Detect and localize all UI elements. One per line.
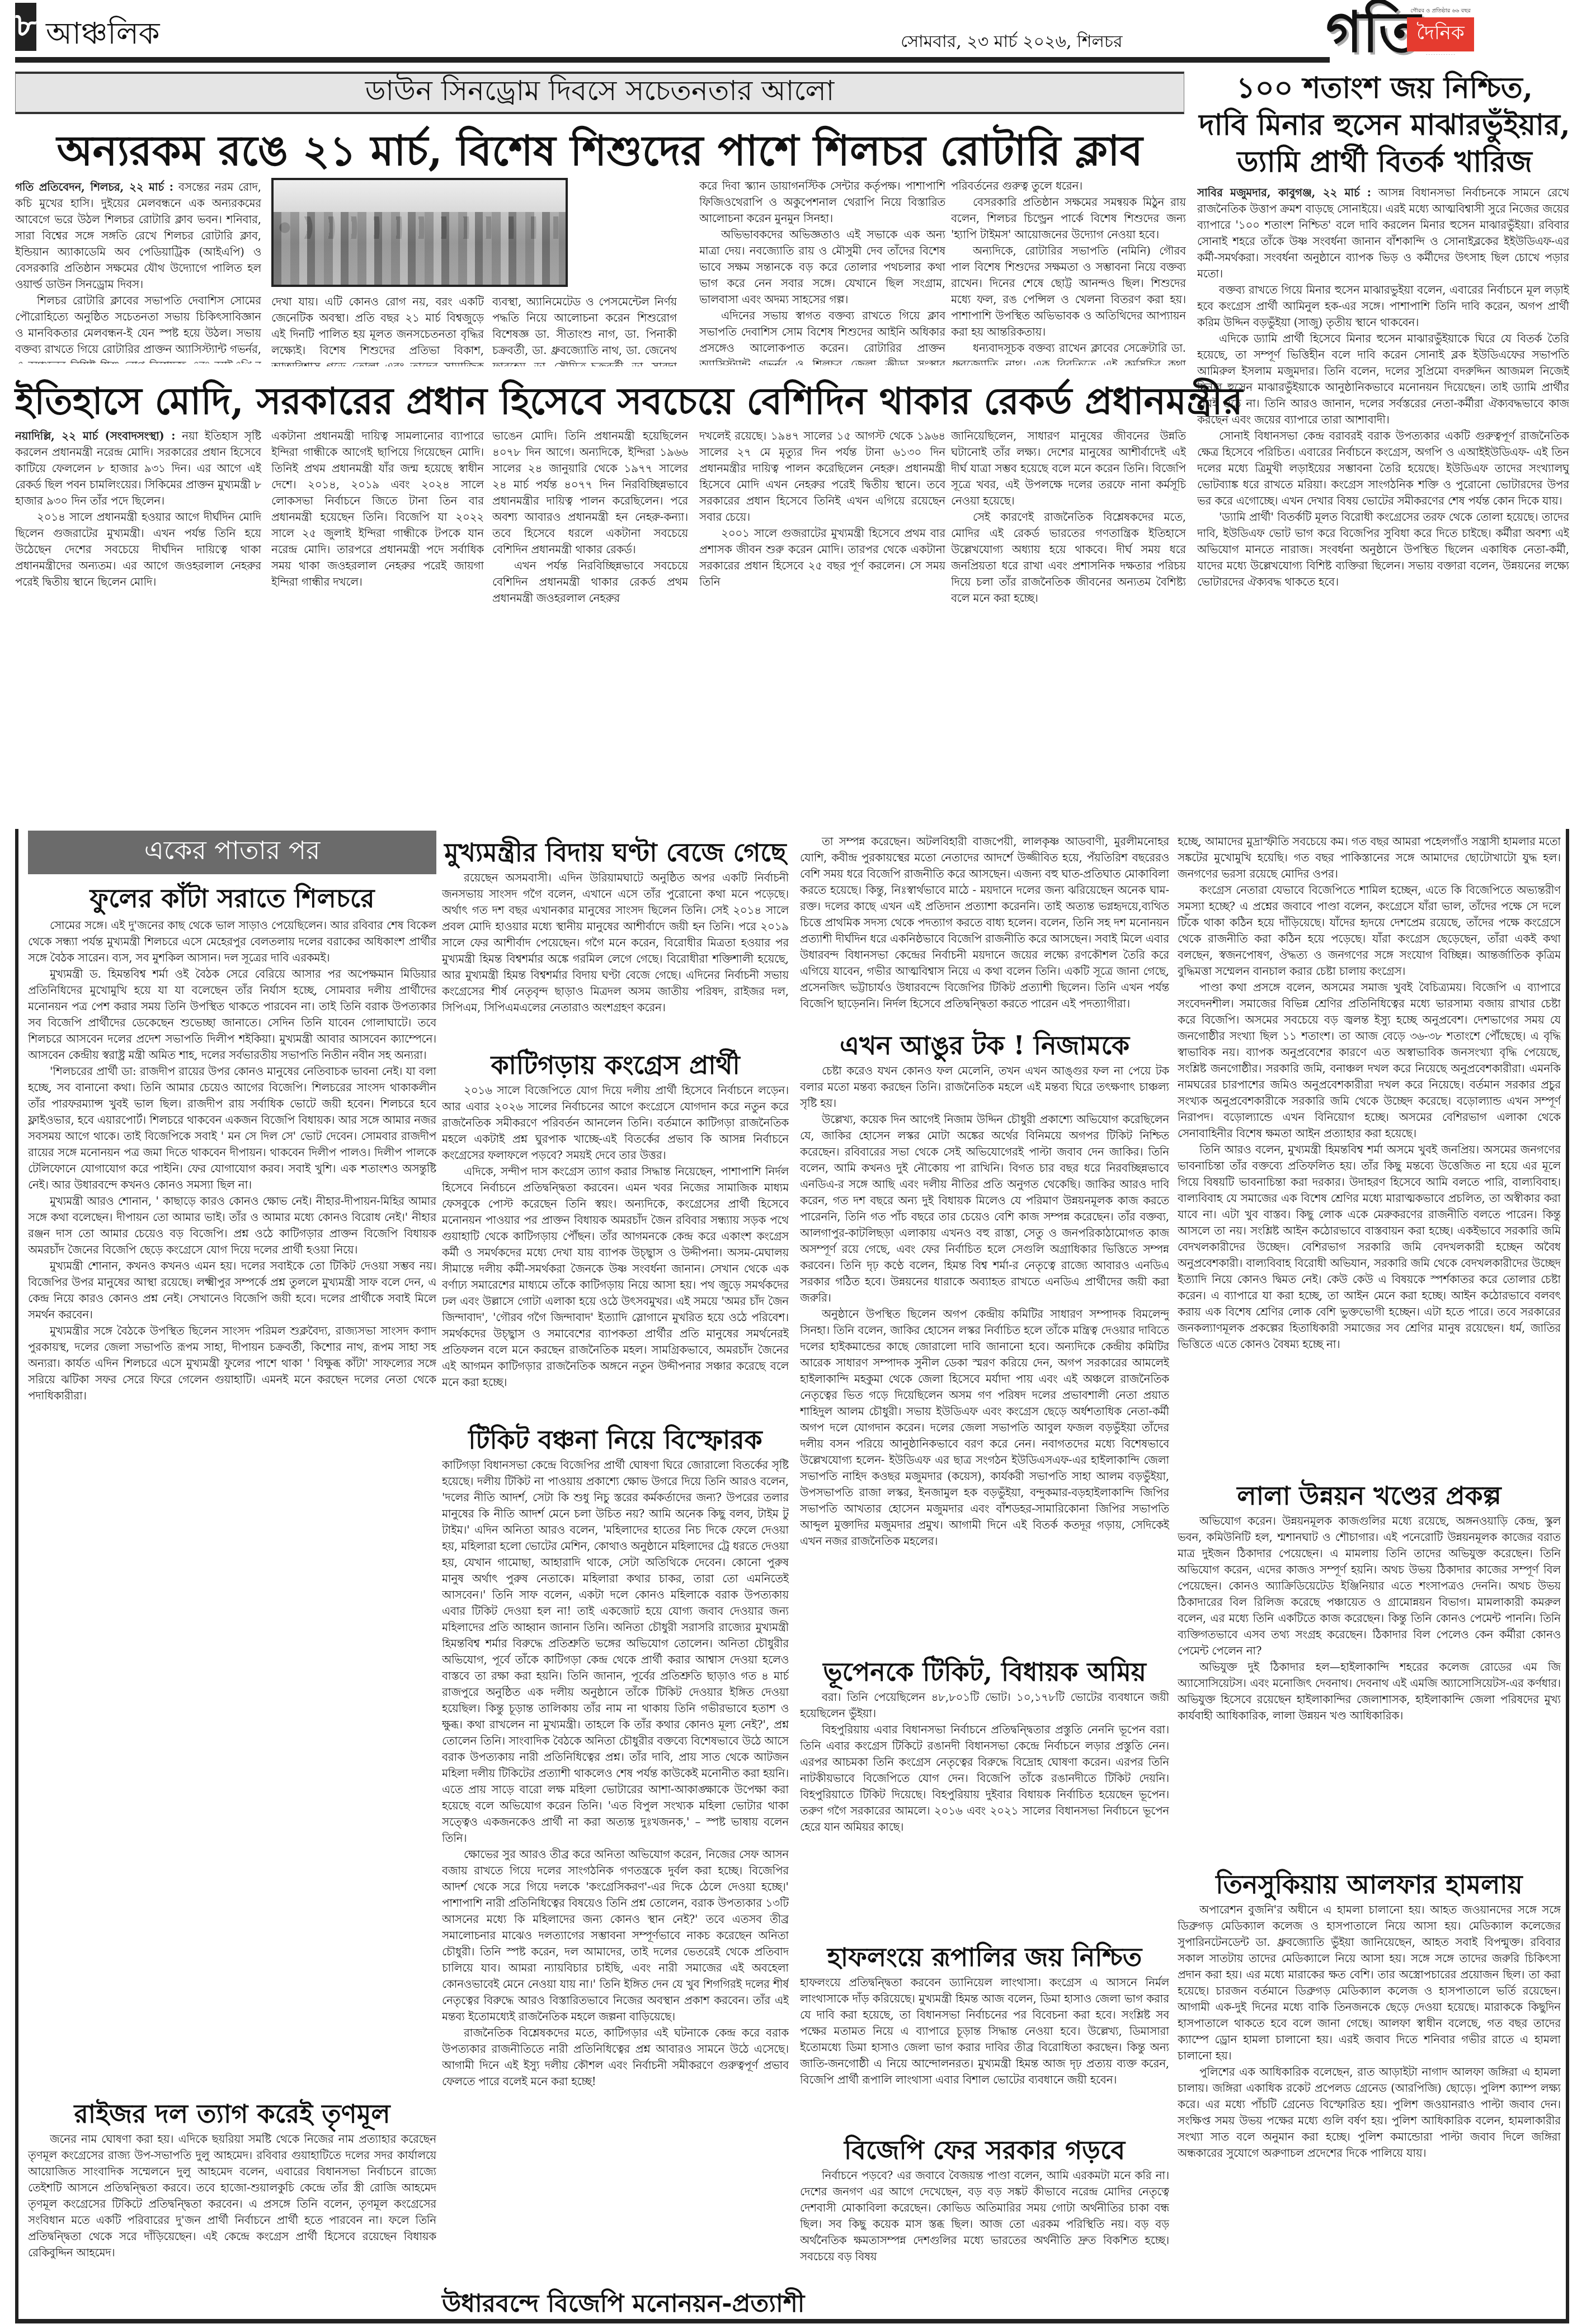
- rotary-col-3: ব্যবস্থা, অ্যানিমেটেড ও পেসমেন্টেল নির্ণ…: [492, 294, 677, 366]
- article-text: এদিনের সভায় স্বাগত বক্তব্য রাখতে গিয়ে …: [699, 308, 945, 365]
- issue-date: সোমবার, ২৩ মার্চ ২০২৬, শিলচর: [901, 28, 1122, 56]
- article-text: উল্লেখ্য, কয়েক দিন আগেই নিজাম উদ্দিন চৌ…: [800, 1111, 1169, 1306]
- dateline: নয়াদিল্লি, ২২ মার্চ (সংবাদসংস্থা) :: [15, 430, 175, 442]
- article-text: পুলিশের এক আধিকারিক বলেছেন, রাত আড়াইটা …: [1178, 2064, 1561, 2161]
- tinsukia-column: অপারেশন বুজনি'র অধীনে এ হামলা চালানো হয়…: [1178, 1902, 1561, 2316]
- box-border-bottom: [15, 2319, 1569, 2323]
- article-text: জনের নাম ঘোষণা করা হয়। এদিকে ছয়রিয়া স…: [28, 2131, 436, 2261]
- continued-from-front-banner: একের পাতার পর: [28, 831, 436, 874]
- article-text: অপারেশন বুজনি'র অধীনে এ হামলা চালানো হয়…: [1178, 1902, 1561, 2064]
- article-text: পাণ্ডা কথা প্রসঙ্গে বলেন, অসমের সমাজ খুব…: [1178, 979, 1561, 1142]
- headline-modi: ইতিহাসে মোদি, সরকারের প্রধান হিসেবে সবচে…: [15, 373, 1190, 435]
- page-number: ৮: [15, 3, 36, 51]
- article-text: ২০১৬ সালে বিজেপিতে যোগ দিয়ে দলীয় প্রার…: [442, 1082, 789, 1163]
- article-text: অনুষ্ঠানে উপস্থিত ছিলেন অগপ কেন্দ্রীয় ক…: [800, 1306, 1169, 1549]
- article-text: ২০০১ সালে গুজরাটের মুখ্যমন্ত্রী হিসেবে প…: [699, 525, 945, 590]
- cm-bidai-column: রয়েছেন অসমবাসী। এদিন উরিয়ামঘাটে অনুষ্ঠ…: [442, 870, 789, 1043]
- article-text: পরিবর্তনের গুরুত্ব তুলে ধরেন।: [951, 178, 1186, 194]
- bhupen-column: বরা। তিনি পেয়েছিলেন ৪৮,৮০১টি ভোট। ১০,১৭…: [800, 1689, 1169, 1935]
- logo-wordmark: গতি: [1326, 4, 1420, 60]
- rotary-col-1: গতি প্রতিবেদন, শিলচর, ২২ মার্চ : বসন্তের…: [15, 179, 261, 364]
- article-text: শিলচর রোটারি ক্লাবের সভাপতি দেবাশিস সোমে…: [15, 293, 261, 364]
- angur-column: চেষ্টা করেও যখন কোনও ফল মেলেনি, তখন এখন …: [800, 1063, 1169, 1656]
- raijor-column: জনের নাম ঘোষণা করা হয়। এদিকে ছয়রিয়া স…: [28, 2131, 436, 2316]
- ticket-column: কাটিগড়া বিধানসভা কেন্দ্রে বিজেপির প্রার…: [442, 1457, 789, 2288]
- article-text: বেসরকারি প্রতিষ্ঠান সক্ষমের সমন্বয়ক মিঠ…: [951, 194, 1186, 243]
- photo-crowd-bodies: [274, 212, 566, 285]
- article-text: ক্ষোভের সুর আরও তীব্র করে অনিতা অভিযোগ ক…: [442, 1846, 789, 2025]
- article-text: অভিভাবকদের অভিজ্ঞতাও এই সভাকে এক অন্য মা…: [699, 227, 945, 308]
- udharbond-cont-column: তা সম্পন্ন করেছেন। অটলবিহারী বাজপেয়ী, ল…: [800, 833, 1169, 1026]
- article-text: করে দিবা স্ক্যান ডায়াগনস্টিক সেন্টার কর…: [699, 178, 945, 227]
- article-text: কাটিগড়া বিধানসভা কেন্দ্রে বিজেপির প্রার…: [442, 1457, 789, 1846]
- article-text: তা সম্পন্ন করেছেন। অটলবিহারী বাজপেয়ী, ল…: [800, 833, 1169, 1012]
- dateline: সাবির মজুমদার, কাবুগঞ্জ, ২২ মার্চ :: [1197, 186, 1371, 199]
- headline-line: ১০০ শতাংশ জয় নিশ্চিত,: [1197, 70, 1572, 107]
- article-text: একটানা প্রধানমন্ত্রী দায়িত্ব সামলানোর ব…: [271, 428, 484, 590]
- article-text: অভিযুক্ত দুই ঠিকাদার হল—হাইলাকান্দি শহরে…: [1178, 1659, 1561, 1724]
- rotary-col-2: দেখা যায়। এটি কোনও রোগ নয়, বরং একটি জে…: [271, 294, 484, 366]
- article-text: বিহপুরিয়ায় এবার বিধানসভা নির্বাচনে প্র…: [800, 1722, 1169, 1835]
- headline-line: দাবি মিনার হুসেন মাঝারভুঁইয়ার,: [1197, 107, 1572, 144]
- headline-sonai: ১০০ শতাংশ জয় নিশ্চিত, দাবি মিনার হুসেন …: [1197, 70, 1572, 181]
- article-text: অভিযোগ করেন। উন্নয়নমূলক কাজগুলির মধ্যে …: [1178, 1513, 1561, 1659]
- article-text: ব্যবস্থা, অ্যানিমেটেড ও পেসমেন্টেল নির্ণ…: [492, 294, 677, 366]
- rotary-col-4: করে দিবা স্ক্যান ডায়াগনস্টিক সেন্টার কর…: [699, 178, 945, 365]
- article-text: দেখা যায়। এটি কোনও রোগ নয়, বরং একটি জে…: [271, 294, 484, 366]
- panda-interview-column: হচ্ছে, আমাদের মুদ্রাস্ফীতি সবচেয়ে কম। গ…: [1178, 833, 1561, 1443]
- box-border-left: [15, 829, 18, 2322]
- article-text: মুখ্যমন্ত্রী ড. হিমন্তবিশ্ব শর্মা ওই বৈঠ…: [28, 966, 436, 1063]
- box-border-right: [1566, 829, 1569, 2322]
- article-text: জানিয়েছিলেন, সাধারণ মানুষের জীবনের উন্ন…: [951, 428, 1186, 509]
- modi-col-1: নয়াদিল্লি, ২২ মার্চ (সংবাদসংস্থা) : নয়…: [15, 428, 261, 819]
- story-kicker-banner: ডাউন সিনড্রোম দিবসে সচেতনতার আলো: [15, 72, 1184, 114]
- article-text: বক্তব্য রাখতে গিয়ে মিনার হুসেন মাঝারভুই…: [1197, 282, 1569, 331]
- headline-udharbond: উধারবন্দে বিজেপি মনোনয়ন-প্রত্যাশী: [442, 2285, 789, 2324]
- article-text: হাফলংয়ে প্রতিদ্বন্দ্বিতা করবেন ড্যানিয়…: [800, 1974, 1169, 2088]
- bjp-fer-column: নির্বাচনে পড়বে? এর জবাবে বৈজয়ন্ত পাণ্ড…: [800, 2167, 1169, 2316]
- article-text: আসন্ন বিধানসভা নির্বাচনকে সামনে রেখে রাজ…: [1197, 186, 1569, 280]
- article-text: এদিকে ড্যামি প্রার্থী হিসেবে মিনার হুসেন…: [1197, 331, 1569, 428]
- section-title: আঞ্চলিক: [46, 10, 160, 60]
- article-text: রয়েছেন অসমবাসী। এদিন উরিয়ামঘাটে অনুষ্ঠ…: [442, 870, 789, 1016]
- article-text: কংগ্রেস নেতারা যেভাবে বিজেপিতে শামিল হচ্…: [1178, 882, 1561, 979]
- rotary-event-photo: [271, 178, 568, 287]
- article-text: মুখ্যমন্ত্রী আরও শোনান, ' কাছাড়ে কারও ক…: [28, 1193, 436, 1258]
- logo-fine-print: · · · · · · · · · · · ·: [1407, 53, 1474, 57]
- article-text: বসন্তের নরম রোদ, কচি মুখের হাসি। দুইয়ের…: [15, 181, 261, 291]
- modi-col-4: দখলেই রয়েছে। ১৯৪৭ সালের ১৫ আগস্ট থেকে ১…: [699, 428, 945, 819]
- headline-line: ড্যামি প্রার্থী বিতর্ক খারিজ: [1197, 144, 1572, 181]
- fuler-column: সোমের সঙ্গে। এই দু'জনের কাছ থেকে ভাল সাড…: [28, 917, 436, 2097]
- dateline: গতি প্রতিবেদন, শিলচর, ২২ মার্চ :: [15, 181, 173, 194]
- article-text: ধন্যবাদসূচক বক্তব্য রাখেন ক্লাবের সেক্রে…: [951, 340, 1186, 365]
- article-text: বরা। তিনি পেয়েছিলেন ৪৮,৮০১টি ভোট। ১০,১৭…: [800, 1689, 1169, 1722]
- haflong-column: হাফলংয়ে প্রতিদ্বন্দ্বিতা করবেন ড্যানিয়…: [800, 1974, 1169, 2137]
- modi-col-5: জানিয়েছিলেন, সাধারণ মানুষের জীবনের উন্ন…: [951, 428, 1186, 819]
- article-text: এখন পর্যন্ত নিরবিচ্ছিন্নভাবে সবচেয়ে বেশ…: [492, 558, 688, 606]
- article-text: মুখ্যমন্ত্রী শোনান, কখনও কখনও এমন হয়। দ…: [28, 1258, 436, 1323]
- newspaper-logo: গতি গৌরব ও প্রতিষ্ঠার ৬৬ বছর দৈনিক · · ·…: [1326, 4, 1572, 60]
- masthead-rule: [15, 57, 1330, 63]
- article-text: ভাঙেন মোদি। তিনি প্রধানমন্ত্রী হয়েছিলেন…: [492, 428, 688, 558]
- article-text: অন্যদিকে, রোটারির সভাপতি (নমিনি) গৌরব পা…: [951, 243, 1186, 340]
- headline-fuler-kanta: ফুলের কাঁটা সরাতে শিলচরে: [28, 879, 436, 922]
- rotary-col-5: পরিবর্তনের গুরুত্ব তুলে ধরেন। বেসরকারি প…: [951, 178, 1186, 365]
- article-text: রাজনৈতিক বিশ্লেষকদের মতে, কাটিগড়ার এই ঘ…: [442, 2025, 789, 2090]
- article-text: হচ্ছে, আমাদের মুদ্রাস্ফীতি সবচেয়ে কম। গ…: [1178, 833, 1561, 882]
- article-text: সেই কারণেই রাজনৈতিক বিশ্লেষকদের মতে, মোদ…: [951, 509, 1186, 606]
- article-text: এদিকে, সন্দীপ দাস কংগ্রেস ত্যাগ করার সিদ…: [442, 1163, 789, 1390]
- article-text: ২০১৪ সালে প্রধানমন্ত্রী হওয়ার আগে দীর্ঘ…: [15, 509, 261, 590]
- katigora-column: ২০১৬ সালে বিজেপিতে যোগ দিয়ে দলীয় প্রার…: [442, 1082, 789, 1440]
- article-text: দখলেই রয়েছে। ১৯৪৭ সালের ১৫ আগস্ট থেকে ১…: [699, 428, 945, 525]
- article-text: সোনাই বিধানসভা কেন্দ্র বরাবরই বরাক উপত্য…: [1197, 428, 1569, 509]
- article-text: 'ড্যামি প্রার্থী' বিতর্কটি মূলত বিরোধী ক…: [1197, 509, 1569, 590]
- article-text: মুখ্যমন্ত্রীর সঙ্গে বৈঠকে উপস্থিত ছিলেন …: [28, 1323, 436, 1404]
- sonai-column: সাবির মজুমদার, কাবুগঞ্জ, ২২ মার্চ : আসন্…: [1197, 185, 1569, 822]
- article-text: 'শিলচরের প্রার্থী ডা: রাজদীপ রায়ের উপর …: [28, 1063, 436, 1193]
- modi-col-2: একটানা প্রধানমন্ত্রী দায়িত্ব সামলানোর ব…: [271, 428, 484, 819]
- article-text: চেষ্টা করেও যখন কোনও ফল মেলেনি, তখন এখন …: [800, 1063, 1169, 1111]
- logo-tagline: গৌরব ও প্রতিষ্ঠার ৬৬ বছর: [1407, 7, 1474, 16]
- modi-col-3: ভাঙেন মোদি। তিনি প্রধানমন্ত্রী হয়েছিলেন…: [492, 428, 688, 819]
- article-text: তিনি আরও বলেন, মুখ্যমন্ত্রী হিমন্তবিশ্ব …: [1178, 1142, 1561, 1352]
- logo-dainik-badge: দৈনিক: [1407, 17, 1474, 51]
- article-text: সোমের সঙ্গে। এই দু'জনের কাছ থেকে ভাল সাড…: [28, 917, 436, 966]
- lala-column: অভিযোগ করেন। উন্নয়নমূলক কাজগুলির মধ্যে …: [1178, 1513, 1561, 1860]
- article-text: নির্বাচনে পড়বে? এর জবাবে বৈজয়ন্ত পাণ্ড…: [800, 2167, 1169, 2265]
